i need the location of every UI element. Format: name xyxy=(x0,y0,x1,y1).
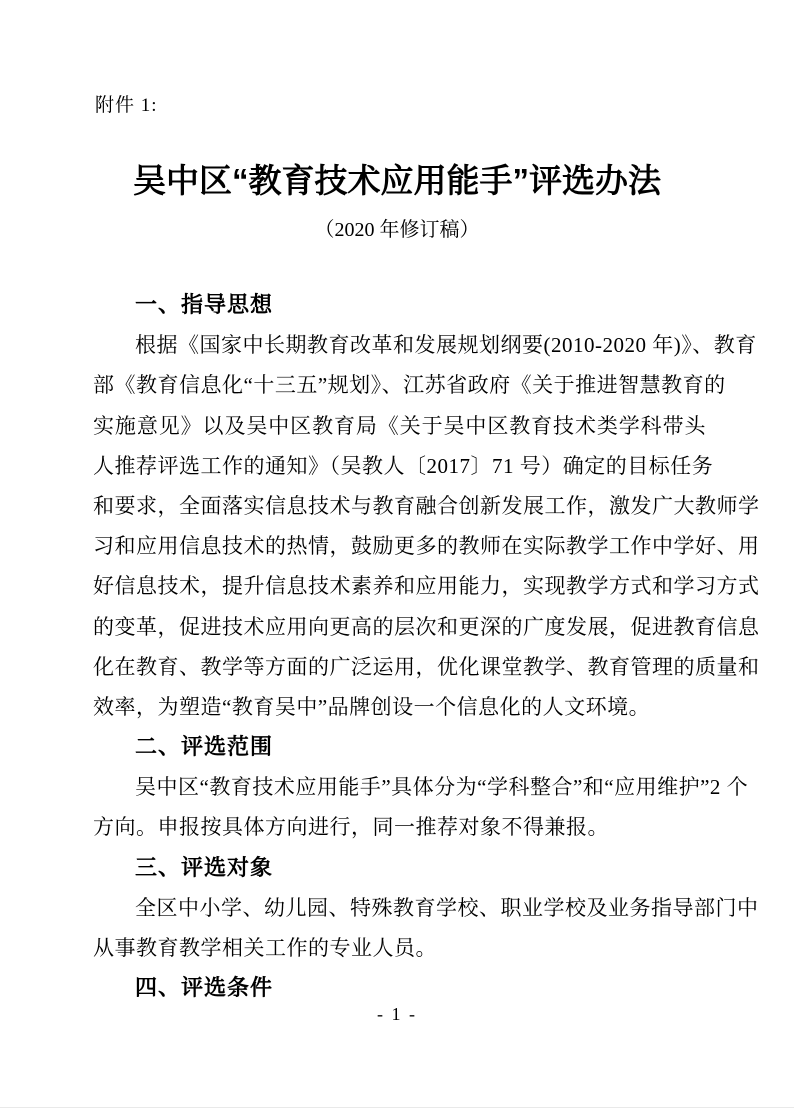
document-title: 吴中区“教育技术应用能手”评选办法 xyxy=(0,160,794,202)
body-line: 习和应用信息技术的热情，鼓励更多的教师在实际教学工作中学好、用 xyxy=(93,526,706,566)
body-line: 从事教育教学相关工作的专业人员。 xyxy=(93,928,706,968)
document-page: 附件 1: 吴中区“教育技术应用能手”评选办法 （2020 年修订稿） 一、指导… xyxy=(0,0,794,1108)
section-heading-1: 一、指导思想 xyxy=(93,285,706,325)
body-line: 吴中区“教育技术应用能手”具体分为“学科整合”和“应用维护”2 个 xyxy=(93,767,706,807)
body-line: 效率，为塑造“教育吴中”品牌创设一个信息化的人文环境。 xyxy=(93,687,706,727)
section-heading-2: 二、评选范围 xyxy=(93,727,706,767)
body-line: 和要求，全面落实信息技术与教育融合创新发展工作，激发广大教师学 xyxy=(93,486,706,526)
body-line: 好信息技术，提升信息技术素养和应用能力，实现教学方式和学习方式 xyxy=(93,566,706,606)
attachment-label: 附件 1: xyxy=(95,93,158,119)
body-line: 根据《国家中长期教育改革和发展规划纲要(2010-2020 年)》、教育 xyxy=(93,325,706,365)
body-line: 的变革，促进技术应用向更高的层次和更深的广度发展，促进教育信息 xyxy=(93,607,706,647)
body-line: 化在教育、教学等方面的广泛运用，优化课堂教学、教育管理的质量和 xyxy=(93,647,706,687)
document-body: 一、指导思想 根据《国家中长期教育改革和发展规划纲要(2010-2020 年)》… xyxy=(93,285,706,1008)
body-line: 方向。申报按具体方向进行，同一推荐对象不得兼报。 xyxy=(93,807,706,847)
body-line: 实施意见》以及吴中区教育局《关于吴中区教育技术类学科带头 xyxy=(93,406,706,446)
body-line: 人推荐评选工作的通知》（吴教人〔2017〕71 号）确定的目标任务 xyxy=(93,446,706,486)
page-number: - 1 - xyxy=(0,1002,794,1026)
body-line: 全区中小学、幼儿园、特殊教育学校、职业学校及业务指导部门中 xyxy=(93,888,706,928)
document-subtitle: （2020 年修订稿） xyxy=(0,215,794,245)
body-line: 部《教育信息化“十三五”规划》、江苏省政府《关于推进智慧教育的 xyxy=(93,365,706,405)
section-heading-3: 三、评选对象 xyxy=(93,848,706,888)
